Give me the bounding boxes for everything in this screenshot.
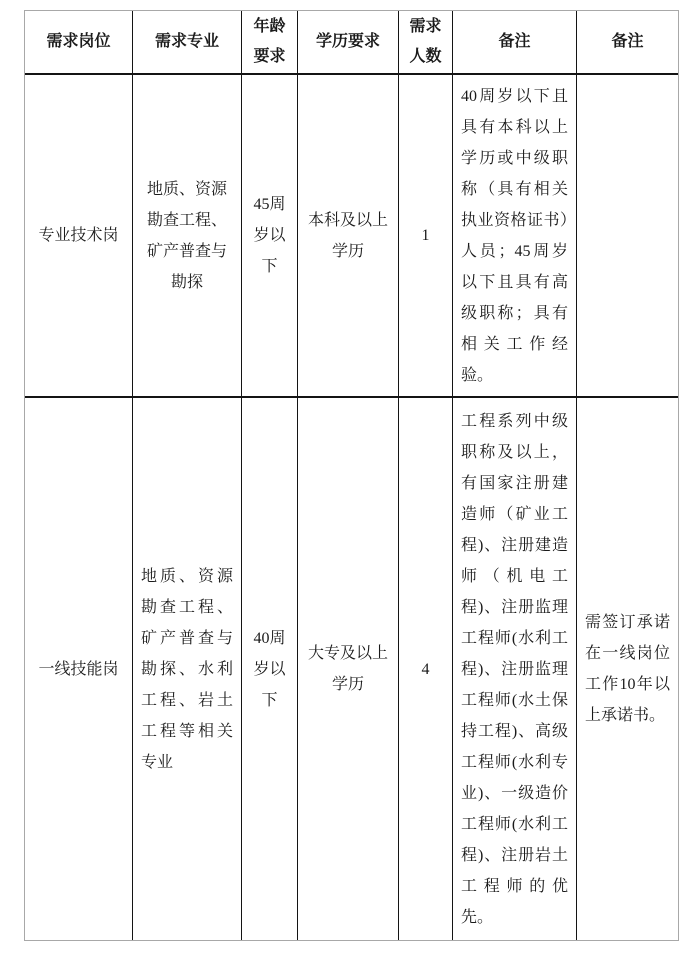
cell-headcount: 4 bbox=[398, 396, 452, 940]
cell-major: 地质、资源勘查工程、矿产普查与勘探、水利工程、岩土工程等相关专业 bbox=[132, 396, 241, 940]
header-cell-education: 学历要求 bbox=[297, 11, 398, 73]
header-cell-position: 需求岗位 bbox=[25, 11, 132, 73]
cell-major: 地质、资源勘查工程、矿产普查与勘探 bbox=[132, 73, 241, 396]
recruitment-table-frame: 需求岗位 需求专业 年龄要求 学历要求 需求人数 备注 备注 专业技术岗 地质、… bbox=[24, 10, 679, 941]
cell-headcount: 1 bbox=[398, 73, 452, 396]
table-row-professional-tech: 专业技术岗 地质、资源勘查工程、矿产普查与勘探 45周岁以下 本科及以上学历 1… bbox=[25, 73, 678, 396]
cell-note-2: 需签订承诺在一线岗位工作10年以上承诺书。 bbox=[576, 396, 678, 940]
cell-education: 本科及以上学历 bbox=[297, 73, 398, 396]
header-cell-note-2: 备注 bbox=[576, 11, 678, 73]
cell-note: 工程系列中级职称及以上，有国家注册建造师（矿业工程)、注册建造师（机电工程)、注… bbox=[452, 396, 576, 940]
cell-position: 一线技能岗 bbox=[25, 396, 132, 940]
header-cell-age: 年龄要求 bbox=[241, 11, 297, 73]
cell-note-2 bbox=[576, 73, 678, 396]
cell-note: 40周岁以下且具有本科以上学历或中级职称（具有相关执业资格证书）人员；45周岁以… bbox=[452, 73, 576, 396]
cell-age: 40周岁以下 bbox=[241, 396, 297, 940]
header-cell-major: 需求专业 bbox=[132, 11, 241, 73]
table-row-frontline-skill: 一线技能岗 地质、资源勘查工程、矿产普查与勘探、水利工程、岩土工程等相关专业 4… bbox=[25, 396, 678, 940]
page: 需求岗位 需求专业 年龄要求 学历要求 需求人数 备注 备注 专业技术岗 地质、… bbox=[0, 0, 684, 975]
header-row: 需求岗位 需求专业 年龄要求 学历要求 需求人数 备注 备注 bbox=[25, 11, 678, 73]
header-cell-headcount: 需求人数 bbox=[398, 11, 452, 73]
header-cell-note: 备注 bbox=[452, 11, 576, 73]
cell-position: 专业技术岗 bbox=[25, 73, 132, 396]
recruitment-table: 需求岗位 需求专业 年龄要求 学历要求 需求人数 备注 备注 专业技术岗 地质、… bbox=[25, 11, 678, 940]
cell-education: 大专及以上学历 bbox=[297, 396, 398, 940]
cell-age: 45周岁以下 bbox=[241, 73, 297, 396]
